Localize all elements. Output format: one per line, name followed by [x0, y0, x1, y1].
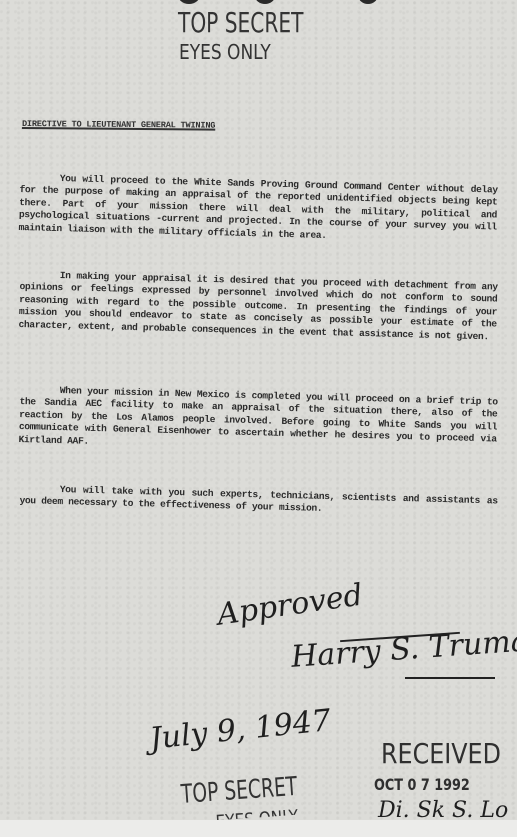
scan-artifact: [255, 0, 275, 4]
eyes-only-stamp: EYES ONLY: [179, 40, 271, 64]
paragraph-1: You will proceed to the White Sands Prov…: [18, 172, 497, 247]
paragraph-2: In making your appraisal it is desired t…: [18, 269, 497, 344]
approved-handwriting: Approved: [215, 578, 365, 633]
scan-artifact: [178, 0, 200, 4]
received-initials: Di. Sk S. Lo: [378, 798, 508, 820]
scan-artifact: [358, 0, 378, 4]
scan-margin: [0, 820, 517, 837]
footer-top-secret-stamp: TOP SECRET: [180, 772, 298, 810]
signature-underline: [405, 677, 495, 679]
document-page: TOP SECRET EYES ONLY DIRECTIVE TO LIEUTE…: [0, 0, 517, 820]
footer-eyes-only-stamp: EYES ONLY: [215, 806, 299, 820]
signature: Harry S. Truman: [290, 622, 517, 675]
paragraph-3: When your mission in New Mexico is compl…: [18, 384, 497, 459]
received-stamp: RECEIVED: [381, 737, 501, 770]
handwritten-date: July 9, 1947: [148, 703, 333, 757]
top-secret-stamp: TOP SECRET: [178, 6, 303, 39]
paragraph-4: You will take with you such experts, tec…: [19, 483, 497, 520]
directive-title: DIRECTIVE TO LIEUTENANT GENERAL TWINING: [22, 119, 215, 131]
received-date: OCT 0 7 1992: [374, 775, 470, 794]
